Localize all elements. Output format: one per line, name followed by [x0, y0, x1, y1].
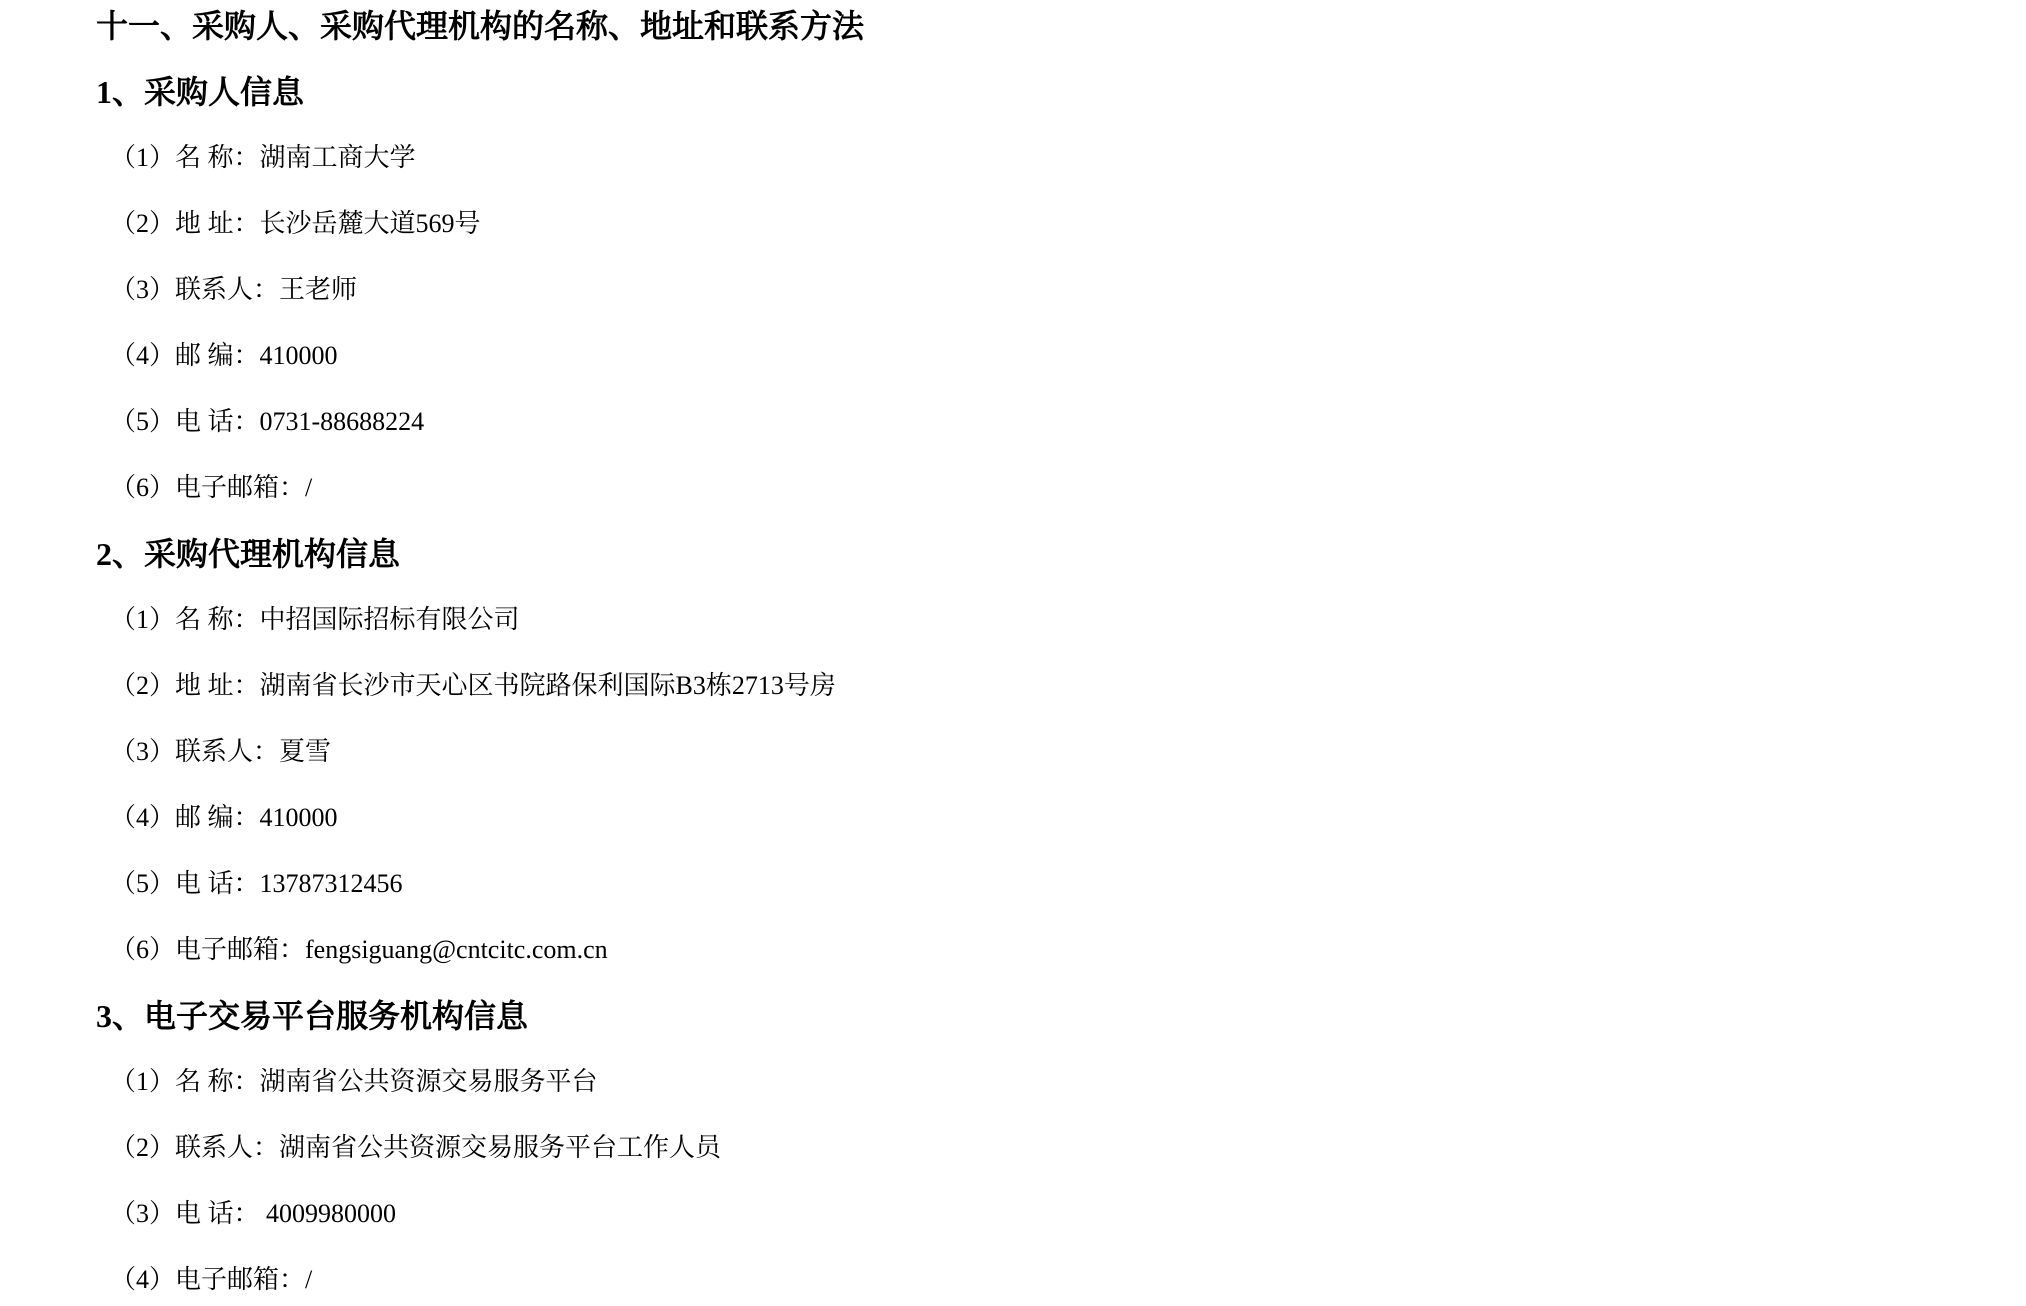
- field-platform-email: （4）电子邮箱：/: [0, 1247, 2026, 1299]
- field-agency-name: （1）名 称：中招国际招标有限公司: [0, 587, 2026, 653]
- document-title: 十一、采购人、采购代理机构的名称、地址和联系方法: [0, 0, 2026, 59]
- field-label: （2）联系人：: [110, 1133, 279, 1162]
- field-value: 410000: [260, 803, 338, 832]
- field-purchaser-postcode: （4）邮 编：410000: [0, 323, 2026, 389]
- field-label: （3）联系人：: [110, 275, 279, 304]
- field-platform-phone: （3）电 话： 4009980000: [0, 1181, 2026, 1247]
- field-label: （3）电 话：: [110, 1199, 260, 1228]
- field-label: （2）地 址：: [110, 671, 260, 700]
- field-value: 夏雪: [279, 737, 331, 766]
- section-3-heading: 3、电子交易平台服务机构信息: [0, 983, 2026, 1049]
- field-label: （4）邮 编：: [110, 803, 260, 832]
- field-value: 长沙岳麓大道569号: [260, 209, 481, 238]
- field-value: 13787312456: [260, 869, 403, 898]
- field-value: 4009980000: [260, 1199, 397, 1228]
- section-2-heading: 2、采购代理机构信息: [0, 521, 2026, 587]
- field-label: （3）联系人：: [110, 737, 279, 766]
- field-agency-address: （2）地 址：湖南省长沙市天心区书院路保利国际B3栋2713号房: [0, 653, 2026, 719]
- field-label: （1）名 称：: [110, 1067, 260, 1096]
- field-value: /: [305, 1265, 312, 1294]
- field-label: （1）名 称：: [110, 605, 260, 634]
- field-label: （6）电子邮箱：: [110, 473, 305, 502]
- field-purchaser-address: （2）地 址：长沙岳麓大道569号: [0, 191, 2026, 257]
- field-label: （6）电子邮箱：: [110, 935, 305, 964]
- field-agency-postcode: （4）邮 编：410000: [0, 785, 2026, 851]
- field-value: fengsiguang@cntcitc.com.cn: [305, 935, 608, 964]
- document-page: 十一、采购人、采购代理机构的名称、地址和联系方法 1、采购人信息 （1）名 称：…: [0, 0, 2026, 1299]
- field-value: 0731-88688224: [260, 407, 425, 436]
- field-value: 410000: [260, 341, 338, 370]
- section-1-heading: 1、采购人信息: [0, 59, 2026, 125]
- field-value: /: [305, 473, 312, 502]
- field-platform-name: （1）名 称：湖南省公共资源交易服务平台: [0, 1049, 2026, 1115]
- field-agency-contact: （3）联系人：夏雪: [0, 719, 2026, 785]
- field-label: （1）名 称：: [110, 143, 260, 172]
- field-purchaser-name: （1）名 称：湖南工商大学: [0, 125, 2026, 191]
- field-value: 湖南省公共资源交易服务平台工作人员: [279, 1133, 721, 1162]
- field-value: 中招国际招标有限公司: [260, 605, 520, 634]
- field-label: （2）地 址：: [110, 209, 260, 238]
- field-value: 湖南工商大学: [260, 143, 416, 172]
- field-label: （4）邮 编：: [110, 341, 260, 370]
- field-value: 王老师: [279, 275, 357, 304]
- field-agency-email: （6）电子邮箱：fengsiguang@cntcitc.com.cn: [0, 917, 2026, 983]
- field-purchaser-email: （6）电子邮箱：/: [0, 455, 2026, 521]
- field-value: 湖南省长沙市天心区书院路保利国际B3栋2713号房: [260, 671, 836, 700]
- field-agency-phone: （5）电 话：13787312456: [0, 851, 2026, 917]
- field-value: 湖南省公共资源交易服务平台: [260, 1067, 598, 1096]
- field-platform-contact: （2）联系人：湖南省公共资源交易服务平台工作人员: [0, 1115, 2026, 1181]
- field-label: （5）电 话：: [110, 869, 260, 898]
- field-purchaser-contact: （3）联系人：王老师: [0, 257, 2026, 323]
- field-label: （4）电子邮箱：: [110, 1265, 305, 1294]
- field-label: （5）电 话：: [110, 407, 260, 436]
- field-purchaser-phone: （5）电 话：0731-88688224: [0, 389, 2026, 455]
